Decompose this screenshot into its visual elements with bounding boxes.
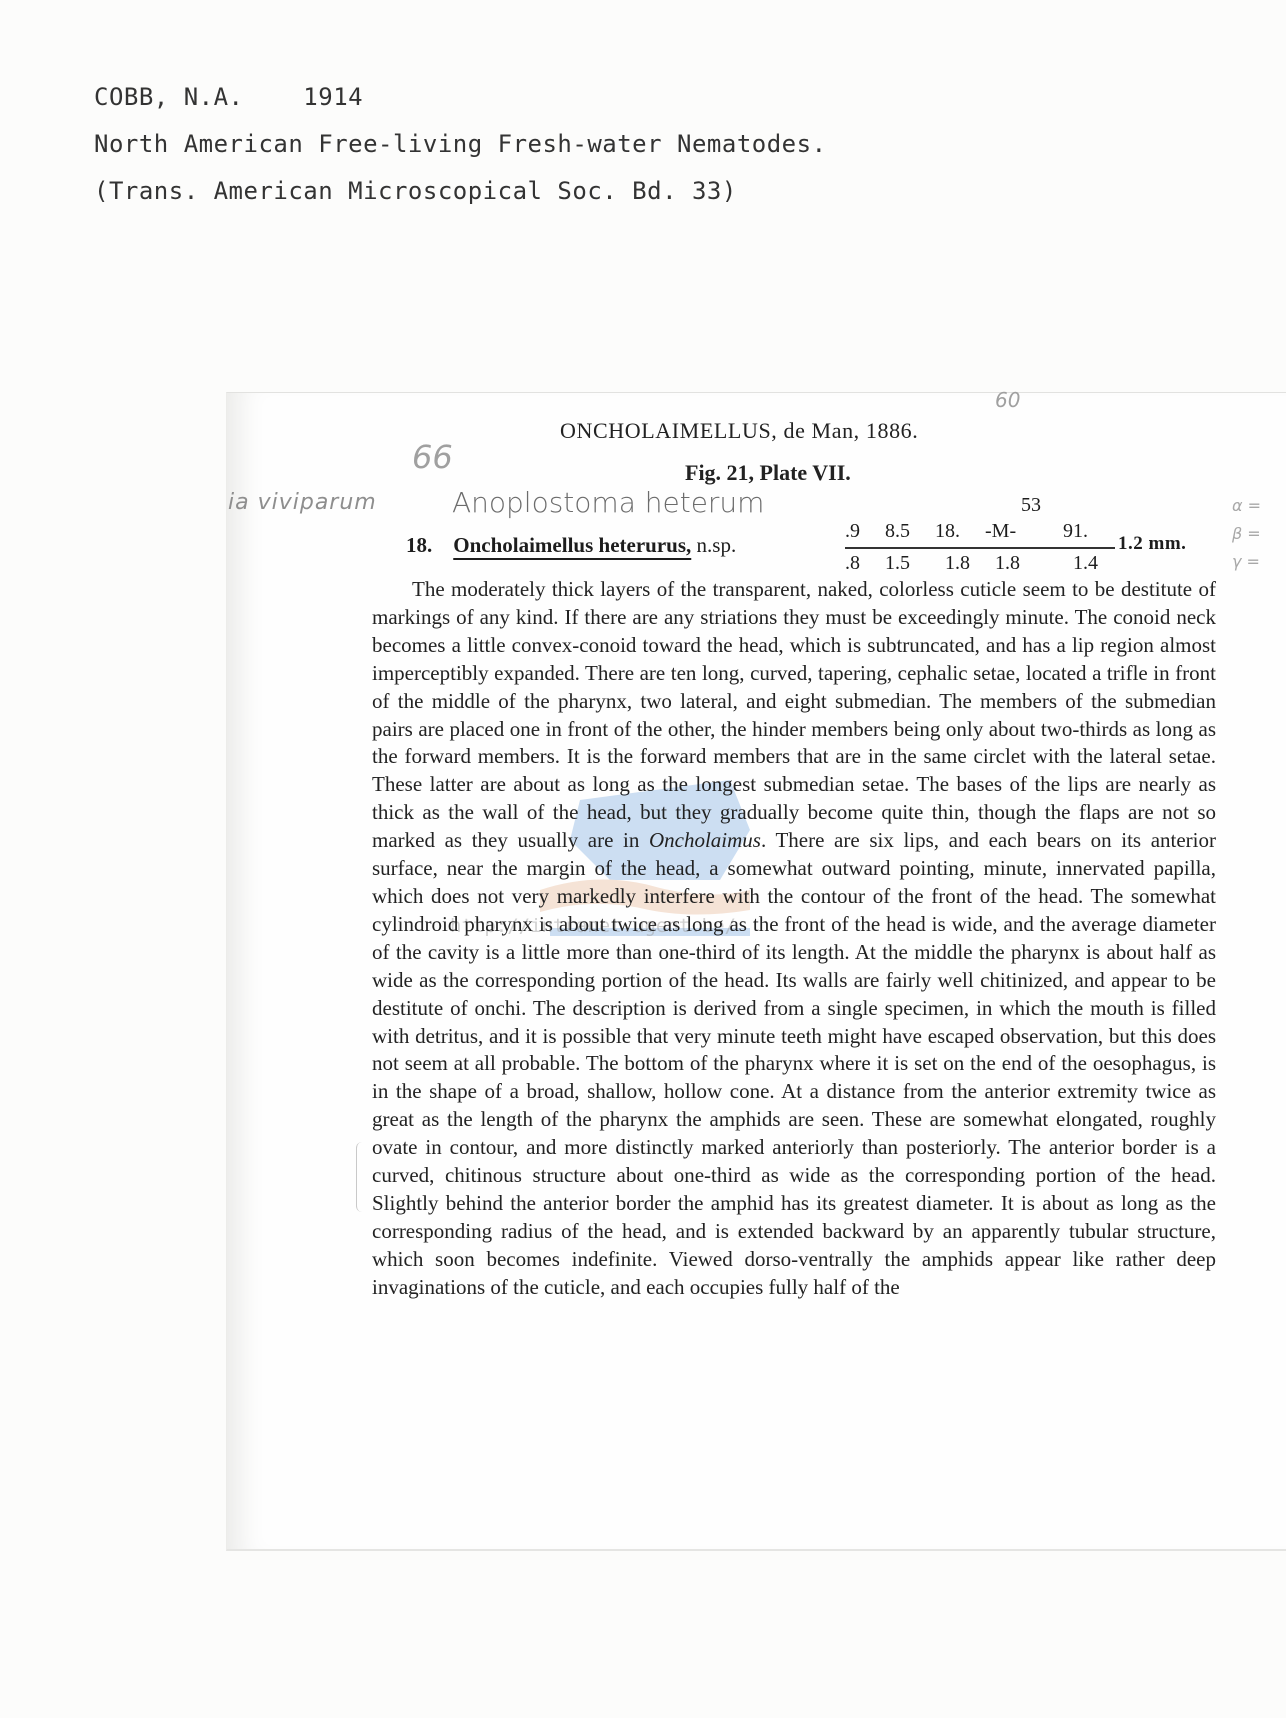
publication-title: North American Free-living Fresh-water N… — [94, 121, 827, 168]
cobb-formula: 53 .9 8.5 18. -M- 91. .8 1.5 1.8 1.8 1.4 — [845, 494, 1115, 584]
formula-numerator: -M- — [985, 520, 1016, 543]
formula-fraction-bar — [845, 547, 1115, 549]
description-part-1: The moderately thick layers of the trans… — [372, 577, 1216, 852]
formula-numerator: 8.5 — [885, 520, 910, 543]
formula-denominator: 1.8 — [995, 552, 1020, 575]
species-name: Oncholaimellus heterurus, — [453, 533, 691, 557]
handwritten-synonym: Anoplostoma heterum — [452, 486, 764, 519]
species-number: 18. — [406, 533, 448, 558]
formula-denominator: 1.5 — [885, 552, 910, 575]
formula-total-length: 1.2 mm. — [1118, 533, 1186, 555]
genus-heading: ONCHOLAIMELLUS, de Man, 1886. — [560, 418, 918, 444]
species-status: n.sp. — [697, 533, 737, 557]
formula-above: 53 — [1021, 494, 1041, 517]
publication-source: (Trans. American Microscopical Soc. Bd. … — [94, 168, 827, 215]
formula-denominator: .8 — [845, 552, 860, 575]
formula-denominator: 1.8 — [945, 552, 970, 575]
formula-numerator: 91. — [1063, 520, 1088, 543]
handwritten-number-top: 60 — [995, 388, 1020, 412]
handwritten-margin-notes: α = β = γ = — [1232, 492, 1261, 576]
description-part-2: . There are six lips, and each bears on … — [372, 828, 1216, 1299]
species-description: The moderately thick layers of the trans… — [372, 576, 1216, 1302]
figure-reference: Fig. 21, Plate VII. — [685, 460, 851, 486]
genus-oncholaimus: Oncholaimus — [649, 828, 761, 852]
author-year: COBB, N.A. 1914 — [94, 74, 827, 121]
species-heading: 18. Oncholaimellus heterurus, n.sp. — [406, 533, 736, 558]
formula-numerator: 18. — [935, 520, 960, 543]
formula-denominator: 1.4 — [1073, 552, 1098, 575]
handwritten-left-annotation: ia viviparum — [228, 490, 377, 515]
handwritten-page-number: 66 — [412, 438, 453, 476]
margin-bracket-mark — [356, 1142, 363, 1212]
card-header: COBB, N.A. 1914 North American Free-livi… — [94, 74, 827, 215]
formula-numerator: .9 — [845, 520, 860, 543]
